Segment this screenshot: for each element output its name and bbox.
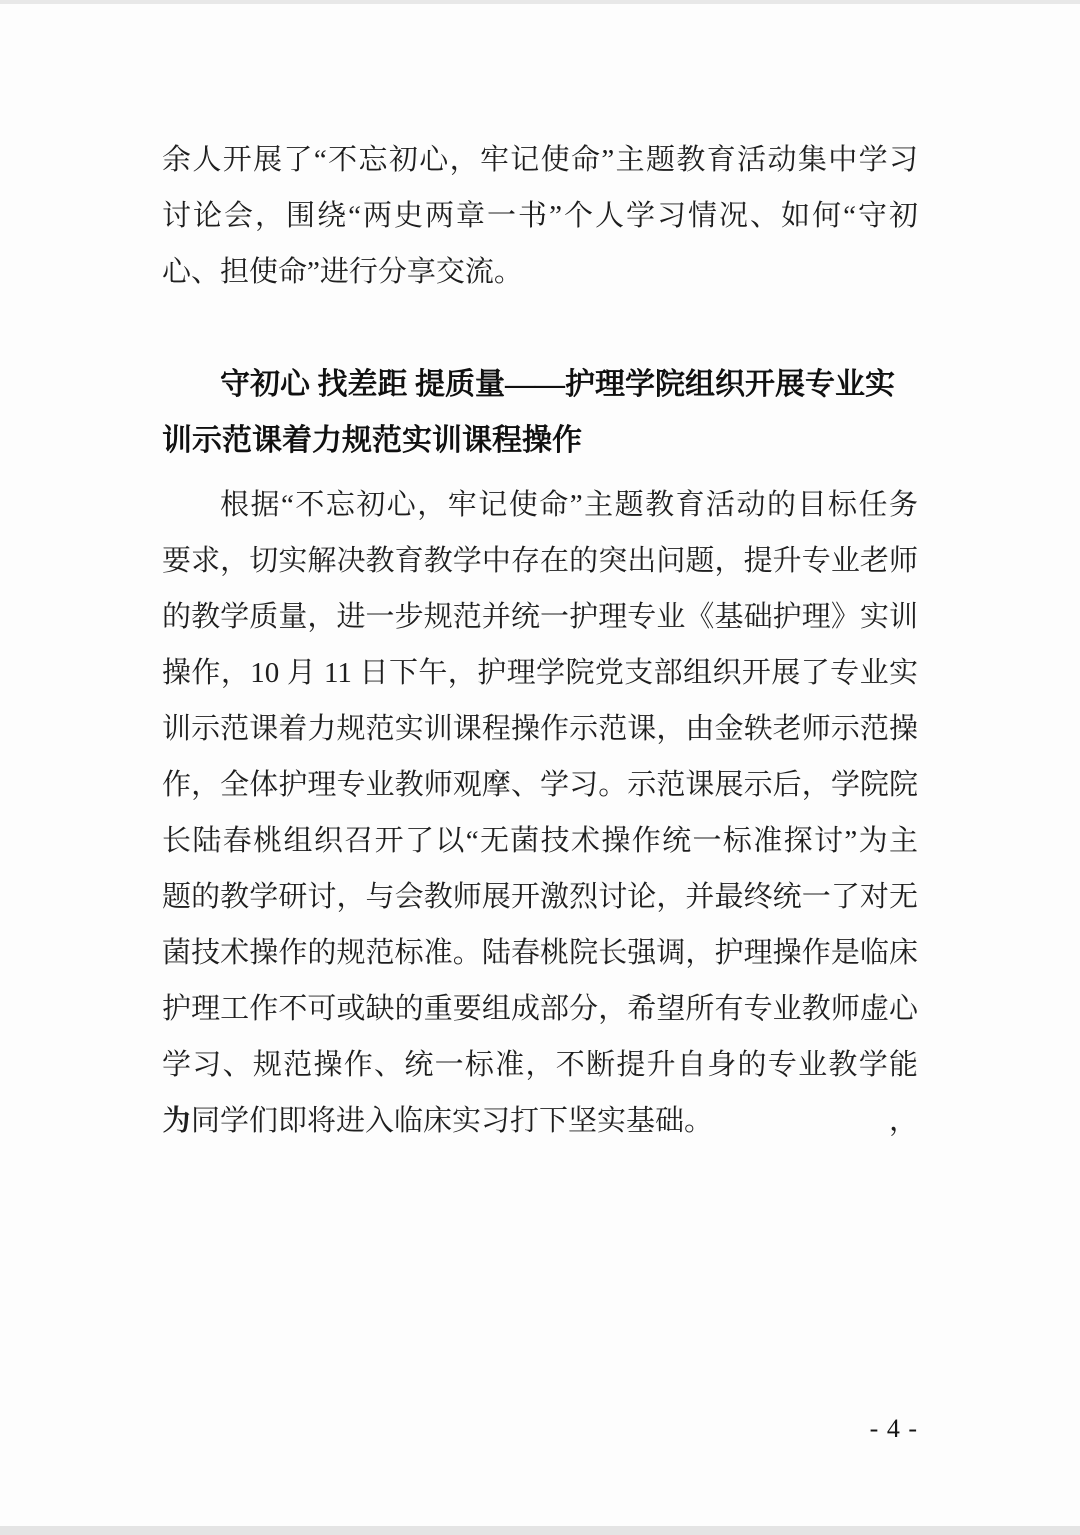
- page-number: - 4 -: [870, 1413, 918, 1445]
- text-line: 作，全体护理专业教师观摩、学习。示范课展示后，学院院: [162, 757, 918, 813]
- text-line: 菌技术操作的规范标准。陆春桃院长强调，护理操作是临床: [162, 925, 918, 981]
- text-line: 的教学质量，进一步规范并统一护理专业《基础护理》实训: [162, 589, 918, 645]
- text-line: 操作，10 月 11 日下午，护理学院党支部组织开展了专业实: [162, 645, 918, 701]
- document-page: 余人开展了“不忘初心，牢记使命”主题教育活动集中学习 讨论会，围绕“两史两章一书…: [0, 0, 1080, 1535]
- scan-edge-bottom: [0, 1526, 1080, 1535]
- text-line: 要求，切实解决教育教学中存在的突出问题，提升专业老师: [162, 533, 918, 589]
- text-line: 题的教学研讨，与会教师展开激烈讨论，并最终统一了对无: [162, 869, 918, 925]
- scan-edge-top: [0, 0, 1080, 4]
- paragraph-continuation: 余人开展了“不忘初心，牢记使命”主题教育活动集中学习 讨论会，围绕“两史两章一书…: [162, 0, 918, 300]
- text-line: 讨论会，围绕“两史两章一书”个人学习情况、如何“守初: [162, 188, 918, 244]
- text-line: 余人开展了“不忘初心，牢记使命”主题教育活动集中学习: [162, 132, 918, 188]
- section-heading: 守初心 找差距 提质量——护理学院组织开展专业实 训示范课着力规范实训课程操作: [162, 357, 918, 469]
- text-line: 根据“不忘初心，牢记使命”主题教育活动的目标任务: [162, 477, 918, 533]
- paragraph-body: 根据“不忘初心，牢记使命”主题教育活动的目标任务 要求，切实解决教育教学中存在的…: [162, 477, 918, 1149]
- text-line: 心、担使命”进行分享交流。: [162, 244, 918, 300]
- text-line: 学习、规范操作、统一标准，不断提升自身的专业教学能力，: [162, 1037, 918, 1093]
- heading-line: 守初心 找差距 提质量——护理学院组织开展专业实: [162, 357, 918, 413]
- heading-line: 训示范课着力规范实训课程操作: [162, 413, 918, 469]
- text-line: 训示范课着力规范实训课程操作示范课，由金轶老师示范操: [162, 701, 918, 757]
- text-line: 护理工作不可或缺的重要组成部分，希望所有专业教师虚心: [162, 981, 918, 1037]
- text-line: 长陆春桃组织召开了以“无菌技术操作统一标准探讨”为主: [162, 813, 918, 869]
